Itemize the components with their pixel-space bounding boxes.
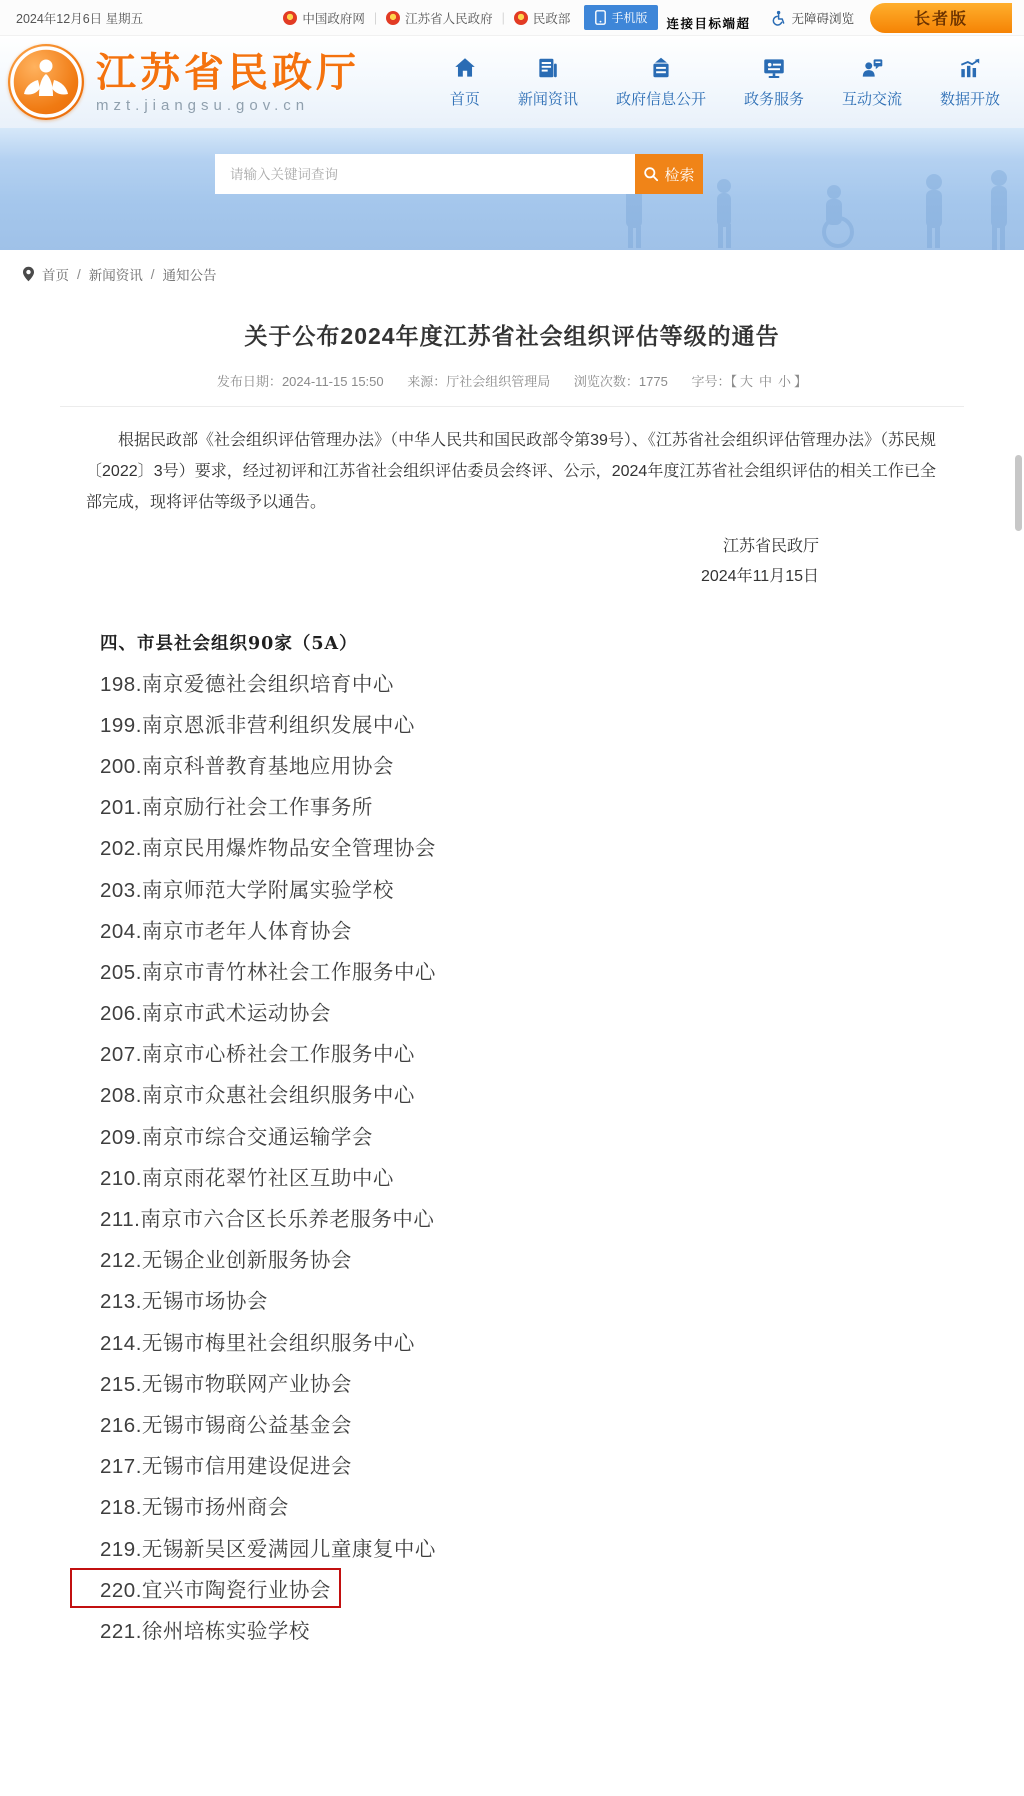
list-item: 208.南京市众惠社会组织服务中心: [100, 1073, 1024, 1114]
list-item: 215.无锡市物联网产业协会: [100, 1361, 1024, 1402]
article-title: 关于公布2024年度江苏省社会组织评估等级的通告: [0, 318, 1024, 351]
list-item: 217.无锡市信用建设促进会: [100, 1444, 1024, 1485]
list-item: 207.南京市心桥社会工作服务中心: [100, 1032, 1024, 1073]
list-item: 211.南京市六合区长乐养老服务中心: [100, 1196, 1024, 1237]
breadcrumb-news[interactable]: 新闻资讯: [89, 264, 143, 284]
breadcrumb-home[interactable]: 首页: [42, 264, 69, 284]
link-china-gov[interactable]: 中国政府网: [283, 9, 365, 27]
search-icon: [643, 166, 659, 182]
article-source: 厅社会组织管理局: [446, 374, 550, 389]
phone-icon: [595, 10, 606, 25]
main-nav: 首页 新闻资讯 政府信息公开: [450, 55, 1000, 109]
link-jiangsu-gov[interactable]: 江苏省人民政府: [386, 9, 493, 27]
national-emblem-icon: [386, 11, 400, 25]
section-heading: 四、市县社会组织90家（5A）: [100, 630, 1024, 655]
national-emblem-icon: [283, 11, 297, 25]
highlighted-list-item-text: 220.宜兴市陶瓷行业协会: [100, 1573, 331, 1603]
list-item: 210.南京雨花翠竹社区互助中心: [100, 1155, 1024, 1196]
nav-item-info-disclosure[interactable]: 政府信息公开: [616, 55, 706, 109]
search-banner: 检索: [0, 128, 1024, 250]
list-item: 204.南京市老年人体育协会: [100, 908, 1024, 949]
list-item: 218.无锡市扬州商会: [100, 1485, 1024, 1526]
current-date: 2024年12月6日 星期五: [16, 9, 143, 27]
nav-item-interaction[interactable]: 互动交流: [842, 55, 902, 109]
list-item: 220.宜兴市陶瓷行业协会: [100, 1567, 1024, 1608]
site-name: 江苏省民政厅: [96, 51, 360, 95]
org-list: 198.南京爱德社会组织培育中心 199.南京恩派非营利组织发展中心 200.南…: [100, 661, 1024, 1650]
info-disclosure-icon: [648, 55, 674, 81]
site-logo[interactable]: 江苏省民政厅 mzt.jiangsu.gov.cn: [8, 44, 360, 120]
view-count: 1775: [639, 374, 668, 389]
fontsize-large-button[interactable]: 大: [740, 374, 753, 389]
divider: |: [502, 11, 505, 25]
list-item: 206.南京市武术运动协会: [100, 991, 1024, 1032]
signature-org: 江苏省民政厅: [0, 532, 819, 562]
list-item: 199.南京恩派非营利组织发展中心: [100, 702, 1024, 743]
scrollbar-thumb[interactable]: [1015, 455, 1022, 531]
fontsize-small-button[interactable]: 小: [778, 374, 791, 389]
search-bar: 检索: [215, 154, 703, 194]
overlay-annotation: 连接目标端超: [666, 14, 750, 32]
news-icon: [535, 55, 561, 81]
site-masthead: 江苏省民政厅 mzt.jiangsu.gov.cn 首页 新闻资讯: [0, 36, 1024, 128]
article-page: 首页 / 新闻资讯 / 通知公告 关于公布2024年度江苏省社会组织评估等级的通…: [0, 250, 1024, 1650]
list-item: 212.无锡企业创新服务协会: [100, 1238, 1024, 1279]
home-icon: [452, 55, 478, 81]
list-item: 200.南京科普教育基地应用协会: [100, 743, 1024, 784]
mca-logo-icon: [8, 44, 84, 120]
nav-item-services[interactable]: 政务服务: [744, 55, 804, 109]
nav-item-news[interactable]: 新闻资讯: [518, 55, 578, 109]
breadcrumb: 首页 / 新闻资讯 / 通知公告: [0, 256, 1024, 284]
search-button[interactable]: 检索: [635, 154, 703, 194]
list-item: 213.无锡市场协会: [100, 1279, 1024, 1320]
list-item: 202.南京民用爆炸物品安全管理协会: [100, 826, 1024, 867]
list-item: 209.南京市综合交通运输学会: [100, 1114, 1024, 1155]
accessibility-link[interactable]: 无障碍浏览: [770, 9, 854, 27]
list-item: 221.徐州培栋实验学校: [100, 1608, 1024, 1649]
publish-date: 2024-11-15 15:50: [282, 374, 384, 389]
list-item: 203.南京师范大学附属实验学校: [100, 867, 1024, 908]
nav-item-home[interactable]: 首页: [450, 55, 480, 109]
service-monitor-icon: [761, 55, 787, 81]
article-paragraph: 根据民政部《社会组织评估管理办法》（中华人民共和国民政部令第39号）、《江苏省社…: [86, 425, 936, 518]
elder-version-button[interactable]: 长者版: [870, 3, 1012, 33]
interaction-icon: [859, 55, 885, 81]
article-meta: 发布日期：2024-11-15 15:50 来源：厅社会组织管理局 浏览次数：1…: [0, 371, 1024, 390]
list-item: 216.无锡市锡商公益基金会: [100, 1402, 1024, 1443]
list-item: 198.南京爱德社会组织培育中心: [100, 661, 1024, 702]
list-item: 214.无锡市梅里社会组织服务中心: [100, 1320, 1024, 1361]
fontsize-medium-button[interactable]: 中: [759, 374, 772, 389]
search-input[interactable]: [215, 154, 635, 194]
top-utility-bar: 2024年12月6日 星期五 中国政府网 | 江苏省人民政府 | 民政部 手机版…: [0, 0, 1024, 36]
signature-date: 2024年11月15日: [0, 562, 819, 592]
divider: |: [374, 11, 377, 25]
list-item: 201.南京励行社会工作事务所: [100, 785, 1024, 826]
list-item: 205.南京市青竹林社会工作服务中心: [100, 949, 1024, 990]
location-pin-icon: [22, 266, 35, 282]
mobile-version-button[interactable]: 手机版: [584, 5, 658, 30]
site-domain: mzt.jiangsu.gov.cn: [96, 97, 360, 114]
signature-block: 江苏省民政厅 2024年11月15日: [0, 532, 819, 592]
data-chart-icon: [957, 55, 983, 81]
meta-divider: [60, 406, 964, 407]
link-mca[interactable]: 民政部: [514, 9, 571, 27]
nav-item-open-data[interactable]: 数据开放: [940, 55, 1000, 109]
wheelchair-icon: [770, 10, 786, 26]
breadcrumb-notices[interactable]: 通知公告: [163, 264, 217, 284]
national-emblem-icon: [514, 11, 528, 25]
list-item: 219.无锡新吴区爱满园儿童康复中心: [100, 1526, 1024, 1567]
